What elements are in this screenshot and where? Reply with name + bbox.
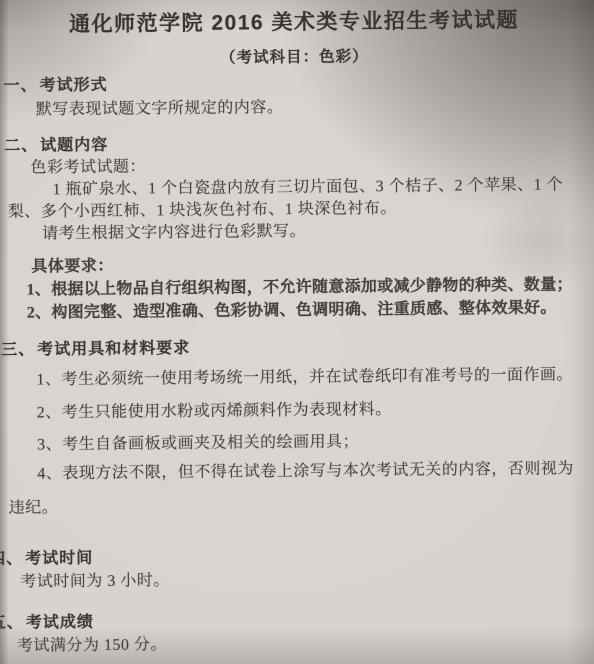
section-2-heading: 二、试题内容 <box>4 138 108 155</box>
section-1-heading-label: 考试形式 <box>40 77 108 95</box>
section-5-heading: 五、考试成绩 <box>0 615 94 632</box>
section-2-intro: 色彩考试试题： <box>30 159 146 176</box>
section-3-item-4-line-1: 4、表现方法不限，但不得在试卷上涂写与本次考试无关的内容，否则视为 <box>37 461 574 482</box>
section-4-heading-label: 考试时间 <box>25 550 93 568</box>
section-3-item-3: 3、考生自备画板或画夹及相关的绘画用具； <box>37 434 359 453</box>
section-2-number: 二、 <box>4 137 38 154</box>
section-4-heading: 四、考试时间 <box>0 551 93 568</box>
question-items-line-1: 1 瓶矿泉水、1 个白瓷盘内放有三切片面包、3 个桔子、2 个苹果、1 个 <box>53 177 564 198</box>
section-5-heading-label: 考试成绩 <box>26 614 94 632</box>
section-4-number: 四、 <box>0 551 23 568</box>
section-3-item-1: 1、考生必须统一使用考场统一用纸，并在试卷纸印有准考号的一面作画。 <box>36 367 573 388</box>
section-3-item-4-line-2: 违纪。 <box>9 500 59 516</box>
section-1-heading: 一、考试形式 <box>4 78 108 95</box>
section-5-number: 五、 <box>0 615 24 632</box>
section-3-heading-label: 考试用具和材料要求 <box>37 340 190 358</box>
section-3-heading: 三、考试用具和材料要求 <box>1 341 190 359</box>
section-5-body: 考试满分为 150 分。 <box>17 637 167 654</box>
exam-title: 通化师范学院 2016 美术类专业招生考试试题 <box>0 9 591 36</box>
exam-subject: （考试科目：色彩） <box>0 47 591 68</box>
section-3-item-2: 2、考生只能使用水粉或丙烯颜料作为表现材料。 <box>37 402 392 421</box>
question-instruction: 请考生根据文字内容进行色彩默写。 <box>42 224 306 243</box>
question-items-line-2: 梨、多个小西红柿、1 块浅灰色衬布、1 块深色衬布。 <box>8 201 397 221</box>
requirements-title: 具体要求： <box>31 259 114 276</box>
section-4-body: 考试时间为 3 小时。 <box>20 573 170 590</box>
section-1-body: 默写表现试题文字所规定的内容。 <box>36 100 284 118</box>
section-3-number: 三、 <box>1 342 35 359</box>
exam-document: 通化师范学院 2016 美术类专业招生考试试题 （考试科目：色彩） 一、考试形式… <box>0 0 594 664</box>
requirement-1: 1、根据以上物品自行组织构图，不允许随意添加或减少静物的种类、数量； <box>27 277 573 298</box>
exam-paper-photo: 通化师范学院 2016 美术类专业招生考试试题 （考试科目：色彩） 一、考试形式… <box>0 0 594 664</box>
section-2-heading-label: 试题内容 <box>40 137 108 155</box>
section-1-number: 一、 <box>4 77 38 94</box>
requirement-2: 2、构图完整、造型准确、色彩协调、色调明确、注重质感、整体效果好。 <box>27 301 557 322</box>
